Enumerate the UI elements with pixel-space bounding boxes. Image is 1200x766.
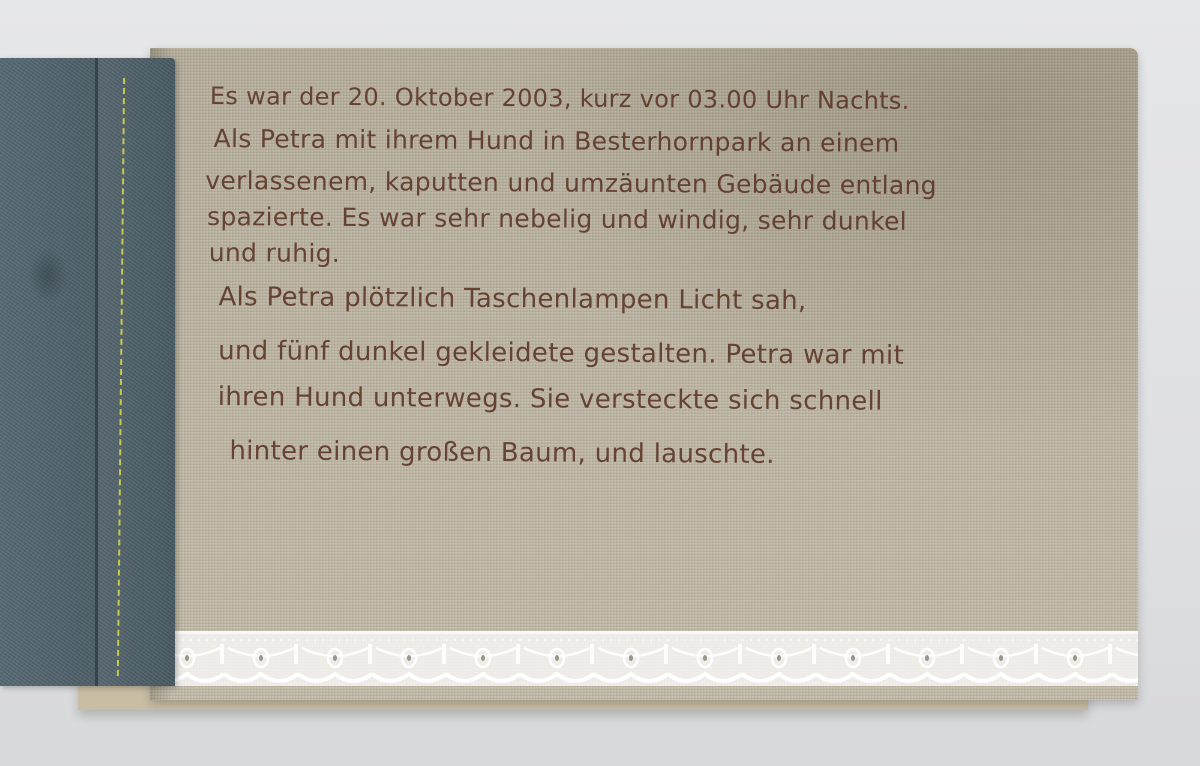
handwritten-story: Es war der 20. Oktober 2003, kurz vor 03… xyxy=(210,82,1050,88)
photo-scene: Es war der 20. Oktober 2003, kurz vor 03… xyxy=(0,0,1200,766)
text-line-8: ihren Hund unterwegs. Sie versteckte sic… xyxy=(218,382,883,417)
text-line-7: und fünf dunkel gekleidete gestalten. Pe… xyxy=(218,336,904,371)
lace-trim xyxy=(150,631,1138,686)
denim-spine xyxy=(0,58,175,686)
text-line-1: Es war der 20. Oktober 2003, kurz vor 03… xyxy=(210,82,910,115)
text-line-9: hinter einen großen Baum, und lauschte. xyxy=(229,436,775,470)
text-line-3: verlassenem, kaputten und umzäunten Gebä… xyxy=(205,166,937,200)
denim-stain xyxy=(28,248,68,303)
text-line-5: und ruhig. xyxy=(209,238,340,268)
text-line-6: Als Petra plötzlich Taschenlampen Licht … xyxy=(218,282,806,316)
denim-fold xyxy=(95,58,175,686)
linen-page: Es war der 20. Oktober 2003, kurz vor 03… xyxy=(150,48,1138,700)
lace-scallop-pattern xyxy=(150,634,1138,686)
text-line-2: Als Petra mit ihrem Hund in Besterhornpa… xyxy=(214,124,900,158)
text-line-4: spazierte. Es war sehr nebelig und windi… xyxy=(207,202,907,236)
